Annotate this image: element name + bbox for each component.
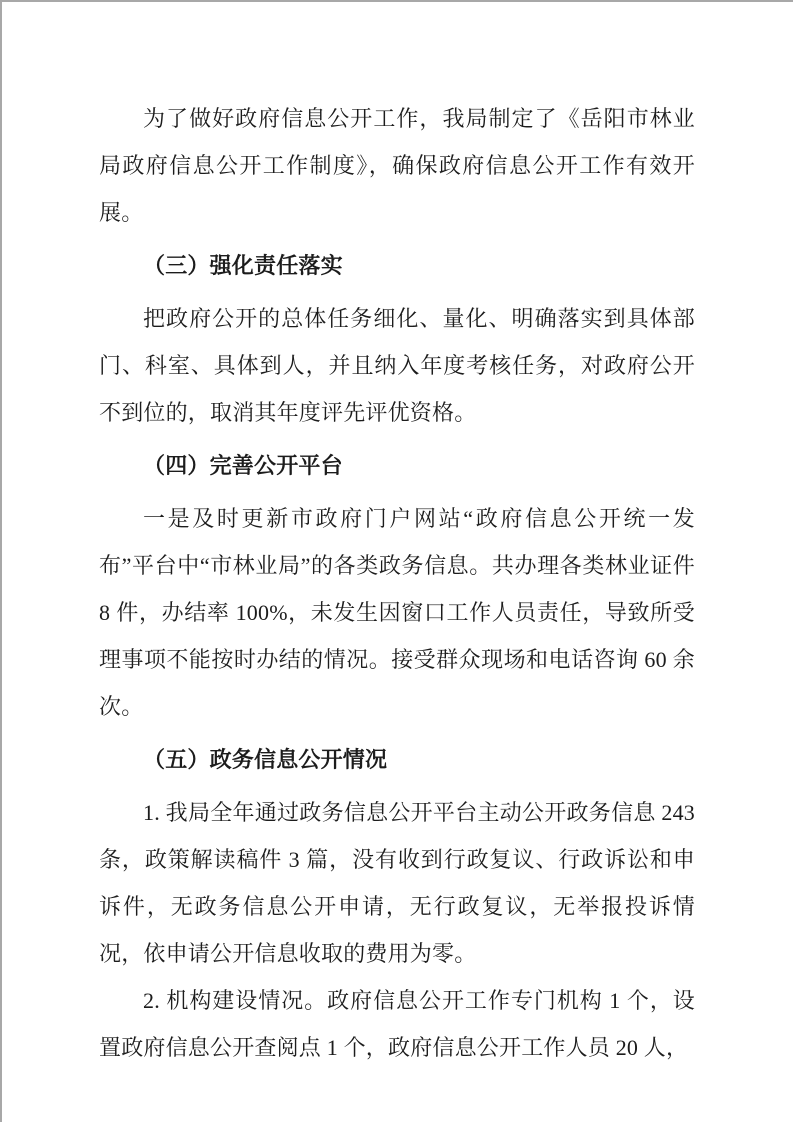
paragraph-responsibility: 把政府公开的总体任务细化、量化、明确落实到具体部门、科室、具体到人，并且纳入年度… <box>99 295 695 436</box>
document-content: 为了做好政府信息公开工作，我局制定了《岳阳市林业局政府信息公开工作制度》，确保政… <box>99 2 695 1071</box>
section-heading-3: （三）强化责任落实 <box>99 242 695 289</box>
section-heading-5: （五）政务信息公开情况 <box>99 736 695 783</box>
paragraph-disclosure-stats: 1. 我局全年通过政务信息公开平台主动公开政务信息 243 条，政策解读稿件 3… <box>99 789 695 977</box>
paragraph-intro: 为了做好政府信息公开工作，我局制定了《岳阳市林业局政府信息公开工作制度》，确保政… <box>99 95 695 236</box>
paragraph-platform: 一是及时更新市政府门户网站“政府信息公开统一发布”平台中“市林业局”的各类政务信… <box>99 495 695 730</box>
section-heading-4: （四）完善公开平台 <box>99 442 695 489</box>
document-page: 为了做好政府信息公开工作，我局制定了《岳阳市林业局政府信息公开工作制度》，确保政… <box>0 0 793 1122</box>
paragraph-organization: 2. 机构建设情况。政府信息公开工作专门机构 1 个，设置政府信息公开查阅点 1… <box>99 977 695 1071</box>
